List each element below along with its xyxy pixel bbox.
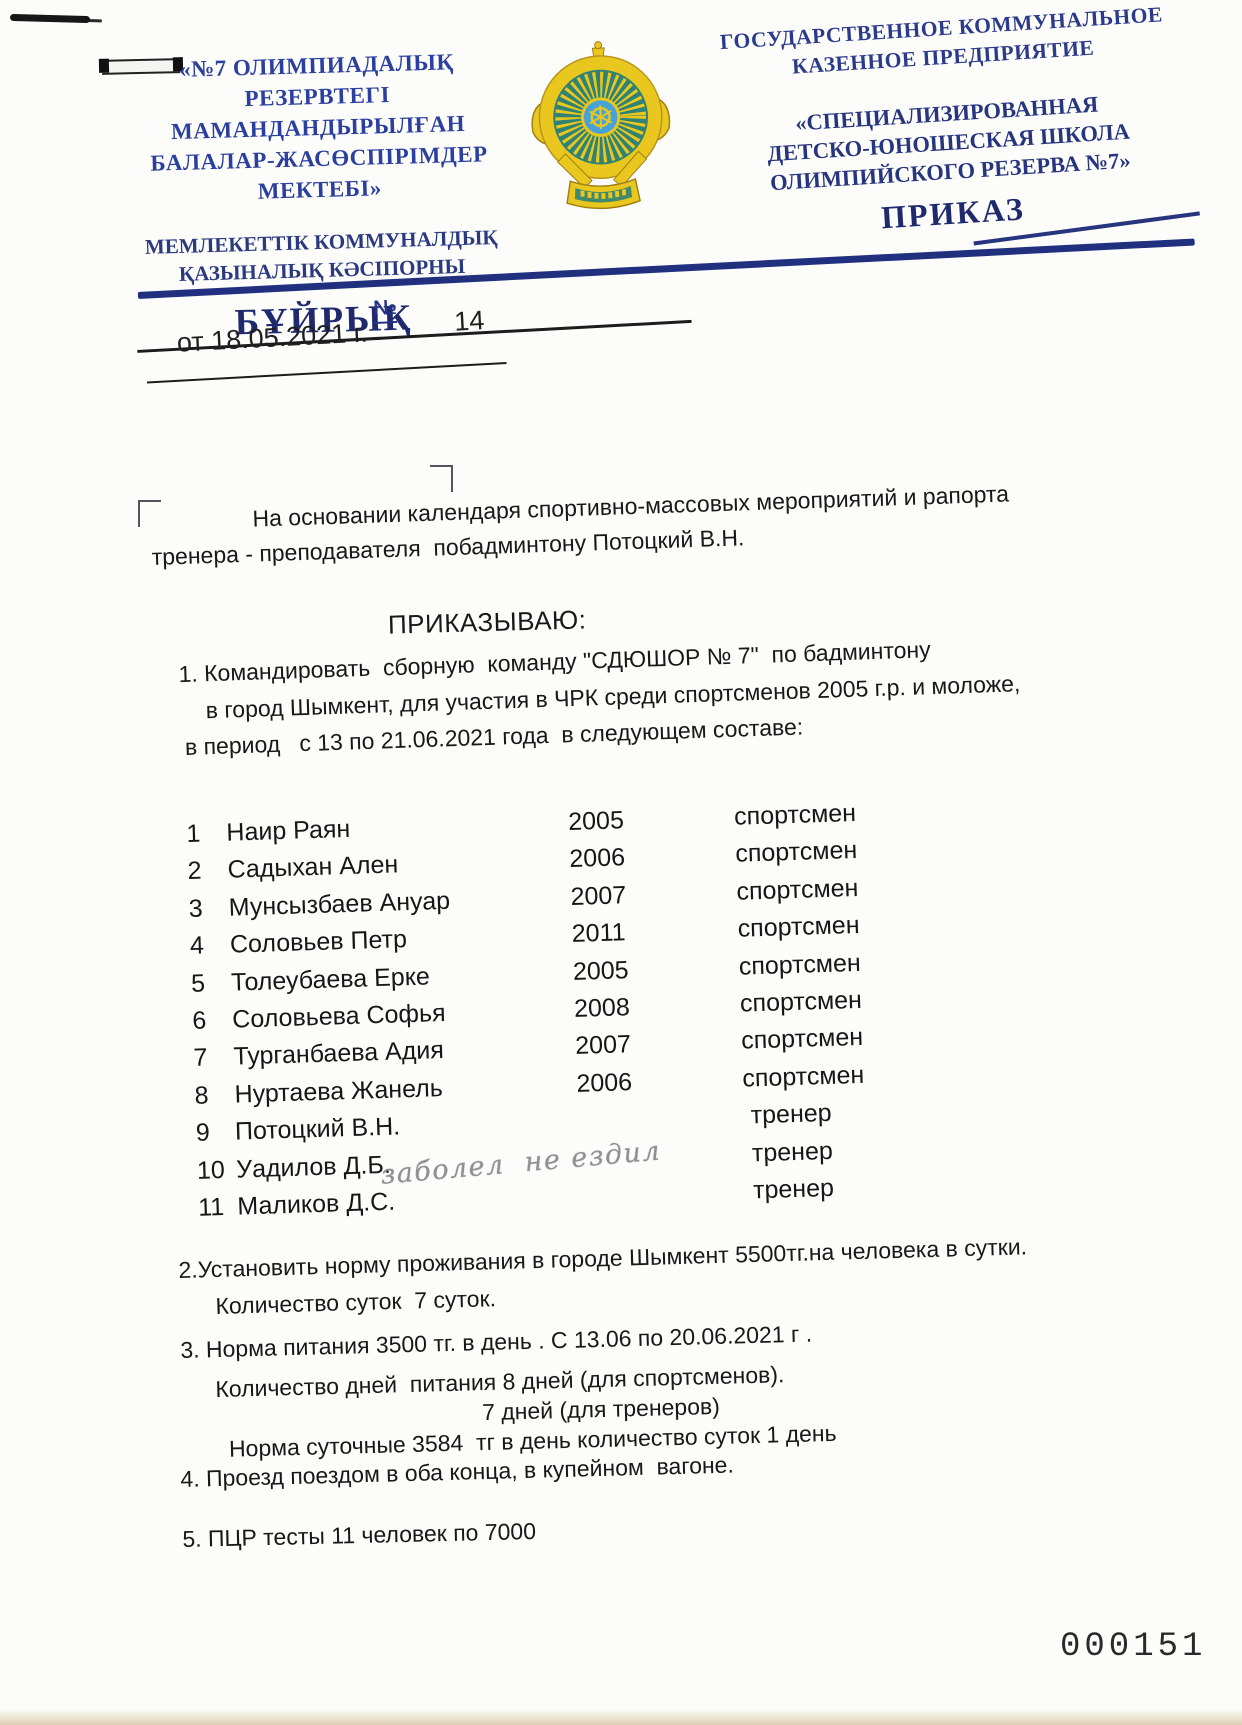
row-number: 8 xyxy=(194,1080,235,1110)
birth-year: 2007 xyxy=(575,1027,742,1061)
athlete-name: Наир Раян xyxy=(226,808,569,848)
role: спортсмен xyxy=(736,873,897,907)
scanned-order-document: «№7 ОЛИМПИАДАЛЫҚ РЕЗЕРВТЕГІ МАМАНДАНДЫРЫ… xyxy=(0,0,1242,1725)
role: спортсмен xyxy=(735,835,896,869)
row-number: 1 xyxy=(186,819,227,849)
role: спортсмен xyxy=(737,910,898,944)
role: спортсмен xyxy=(740,985,901,1019)
birth-year: 2006 xyxy=(569,840,736,874)
ruled-line xyxy=(147,362,507,383)
row-number: 3 xyxy=(188,893,229,923)
row-number: 5 xyxy=(191,968,232,998)
crop-corner-mark-right xyxy=(430,465,453,492)
birth-year: 2007 xyxy=(570,878,737,912)
number-sign: № xyxy=(373,296,398,324)
role: тренер xyxy=(732,1097,908,1131)
order-item-1: 1. Командировать сборную команду "СДЮШОР… xyxy=(152,624,1155,767)
role: тренер xyxy=(733,1134,909,1168)
scan-smudge-mark xyxy=(10,14,90,23)
page-number-stamp: 000151 xyxy=(1060,1628,1206,1666)
row-number: 9 xyxy=(195,1118,235,1148)
row-number: 11 xyxy=(198,1192,238,1222)
role: спортсмен xyxy=(734,798,895,832)
row-number: 4 xyxy=(190,931,231,961)
order-date: от 18.05.2021 г. xyxy=(176,317,368,358)
role: спортсмен xyxy=(741,1022,902,1056)
row-number: 7 xyxy=(193,1043,234,1073)
birth-year: 2006 xyxy=(576,1064,743,1098)
birth-year: 2005 xyxy=(573,952,740,986)
birth-year: 2008 xyxy=(574,990,741,1024)
order-item-5: 5. ПЦР тесты 11 человек по 7000 xyxy=(182,1506,883,1557)
kazakhstan-coat-of-arms-icon xyxy=(524,33,678,221)
order-word: ПРИКАЗЫВАЮ: xyxy=(388,604,587,640)
role: тренер xyxy=(735,1171,911,1205)
role: спортсмен xyxy=(738,947,899,981)
role: спортсмен xyxy=(742,1059,903,1093)
school-name-kk-line: БАЛАЛАР-ЖАСӨСПІРІМДЕР МЕКТЕБІ» xyxy=(107,137,533,211)
order-number: 14 xyxy=(453,305,485,338)
scan-bottom-edge xyxy=(0,1709,1242,1725)
order-item-2: 2.Установить норму проживания в городе Ш… xyxy=(178,1224,1180,1326)
row-number: 2 xyxy=(187,856,228,886)
row-number: 6 xyxy=(192,1006,233,1036)
birth-year: 2005 xyxy=(568,803,735,837)
header-right-russian: ГОСУДАРСТВЕННОЕ КОММУНАЛЬНОЕ КАЗЕННОЕ ПР… xyxy=(688,0,1206,254)
row-number: 10 xyxy=(197,1155,237,1185)
birth-year: 2011 xyxy=(571,915,738,949)
intro-paragraph: На основании календаря спортивно-массовы… xyxy=(150,472,1142,575)
